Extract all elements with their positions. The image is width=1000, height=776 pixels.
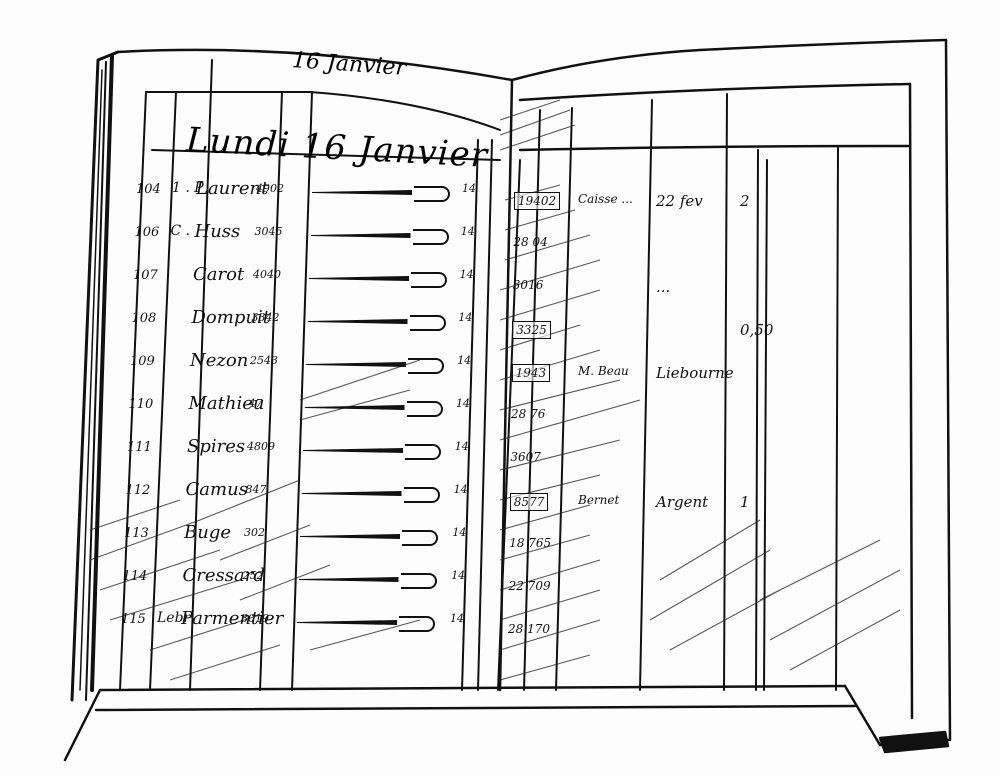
row-code: 4040 bbox=[253, 268, 281, 281]
row-number: 108 bbox=[132, 311, 157, 326]
row-code: 4809 bbox=[247, 440, 275, 453]
row-number: 115 bbox=[121, 612, 146, 627]
row-qty: 14 bbox=[450, 612, 464, 625]
entry-box-number: 8577 bbox=[510, 493, 549, 511]
row-name: Buge bbox=[184, 522, 231, 543]
entry-box-number: 28 76 bbox=[511, 407, 545, 421]
entry-box-number: 3607 bbox=[510, 450, 541, 464]
row-code: 302 bbox=[244, 526, 265, 539]
entry-col3: 22 fev bbox=[656, 192, 703, 210]
row-qty: 14 bbox=[451, 569, 465, 582]
ledger-illustration bbox=[0, 0, 1000, 776]
row-name: Huss bbox=[195, 221, 241, 242]
object-handle bbox=[413, 229, 449, 245]
row-number: 113 bbox=[124, 526, 149, 541]
entry-note: M. Beau bbox=[578, 364, 629, 378]
row-number: 110 bbox=[129, 397, 154, 412]
entry-col4: 0,50 bbox=[740, 321, 773, 339]
row-code: 252 bbox=[243, 569, 264, 582]
row-code: 847 bbox=[246, 483, 267, 496]
object-handle bbox=[410, 315, 446, 331]
row-name: Carot bbox=[193, 264, 244, 285]
row-number: 109 bbox=[130, 354, 155, 369]
object-handle bbox=[408, 358, 444, 374]
row-code: 2543 bbox=[250, 354, 278, 367]
book-base bbox=[65, 686, 948, 760]
row-name: Camus bbox=[186, 479, 248, 500]
object-handle bbox=[402, 530, 438, 546]
left-page-edges bbox=[72, 52, 118, 700]
entry-box-number: 1943 bbox=[512, 364, 551, 382]
entry-box-number: 3325 bbox=[512, 321, 551, 339]
entry-note: Caisse ... bbox=[578, 192, 633, 206]
row-number: 106 bbox=[135, 225, 160, 240]
row-qty: 14 bbox=[455, 440, 469, 453]
entry-box-number: 22 709 bbox=[509, 579, 551, 593]
entry-col3: ... bbox=[656, 278, 670, 296]
entry-col3: Argent bbox=[656, 493, 708, 511]
row-qty: 14 bbox=[457, 354, 471, 367]
row-number: 107 bbox=[133, 268, 158, 283]
entry-col4: 1 bbox=[740, 493, 750, 511]
entry-col4: 2 bbox=[740, 192, 750, 210]
row-number: 112 bbox=[126, 483, 151, 498]
row-mark: C . bbox=[171, 223, 191, 239]
row-qty: 14 bbox=[456, 397, 470, 410]
row-qty: 14 bbox=[461, 225, 475, 238]
object-handle bbox=[404, 487, 440, 503]
entry-box-number: 18 765 bbox=[509, 536, 551, 550]
entry-box-number: 19402 bbox=[514, 192, 560, 210]
object-handle bbox=[411, 272, 447, 288]
row-qty: 14 bbox=[460, 268, 474, 281]
entry-box-number: 28 170 bbox=[508, 622, 550, 636]
entry-box-number: 28 04 bbox=[513, 235, 547, 249]
row-code: 3045 bbox=[255, 225, 283, 238]
object-handle bbox=[414, 186, 450, 202]
object-handle bbox=[399, 616, 435, 632]
row-name: Spires bbox=[187, 436, 245, 457]
entry-box-number: 3016 bbox=[513, 278, 544, 292]
row-qty: 14 bbox=[454, 483, 468, 496]
row-code: 4902 bbox=[256, 182, 284, 195]
row-number: 111 bbox=[127, 440, 152, 455]
entry-note: Bernet bbox=[578, 493, 619, 507]
row-qty: 14 bbox=[458, 311, 472, 324]
object-handle bbox=[407, 401, 443, 417]
row-code: 3342 bbox=[252, 311, 280, 324]
row-number: 114 bbox=[123, 569, 148, 584]
row-qty: 14 bbox=[462, 182, 476, 195]
row-qty: 14 bbox=[452, 526, 466, 539]
right-page-grid bbox=[498, 94, 838, 690]
row-name: Nezon bbox=[190, 350, 248, 371]
object-handle bbox=[405, 444, 441, 460]
row-number: 104 bbox=[136, 182, 161, 197]
row-code: 47 bbox=[249, 397, 263, 410]
object-handle bbox=[401, 573, 437, 589]
entry-col3: Liebourne bbox=[656, 364, 734, 382]
right-page-outline bbox=[512, 40, 950, 740]
row-code: 3019 bbox=[241, 612, 269, 625]
